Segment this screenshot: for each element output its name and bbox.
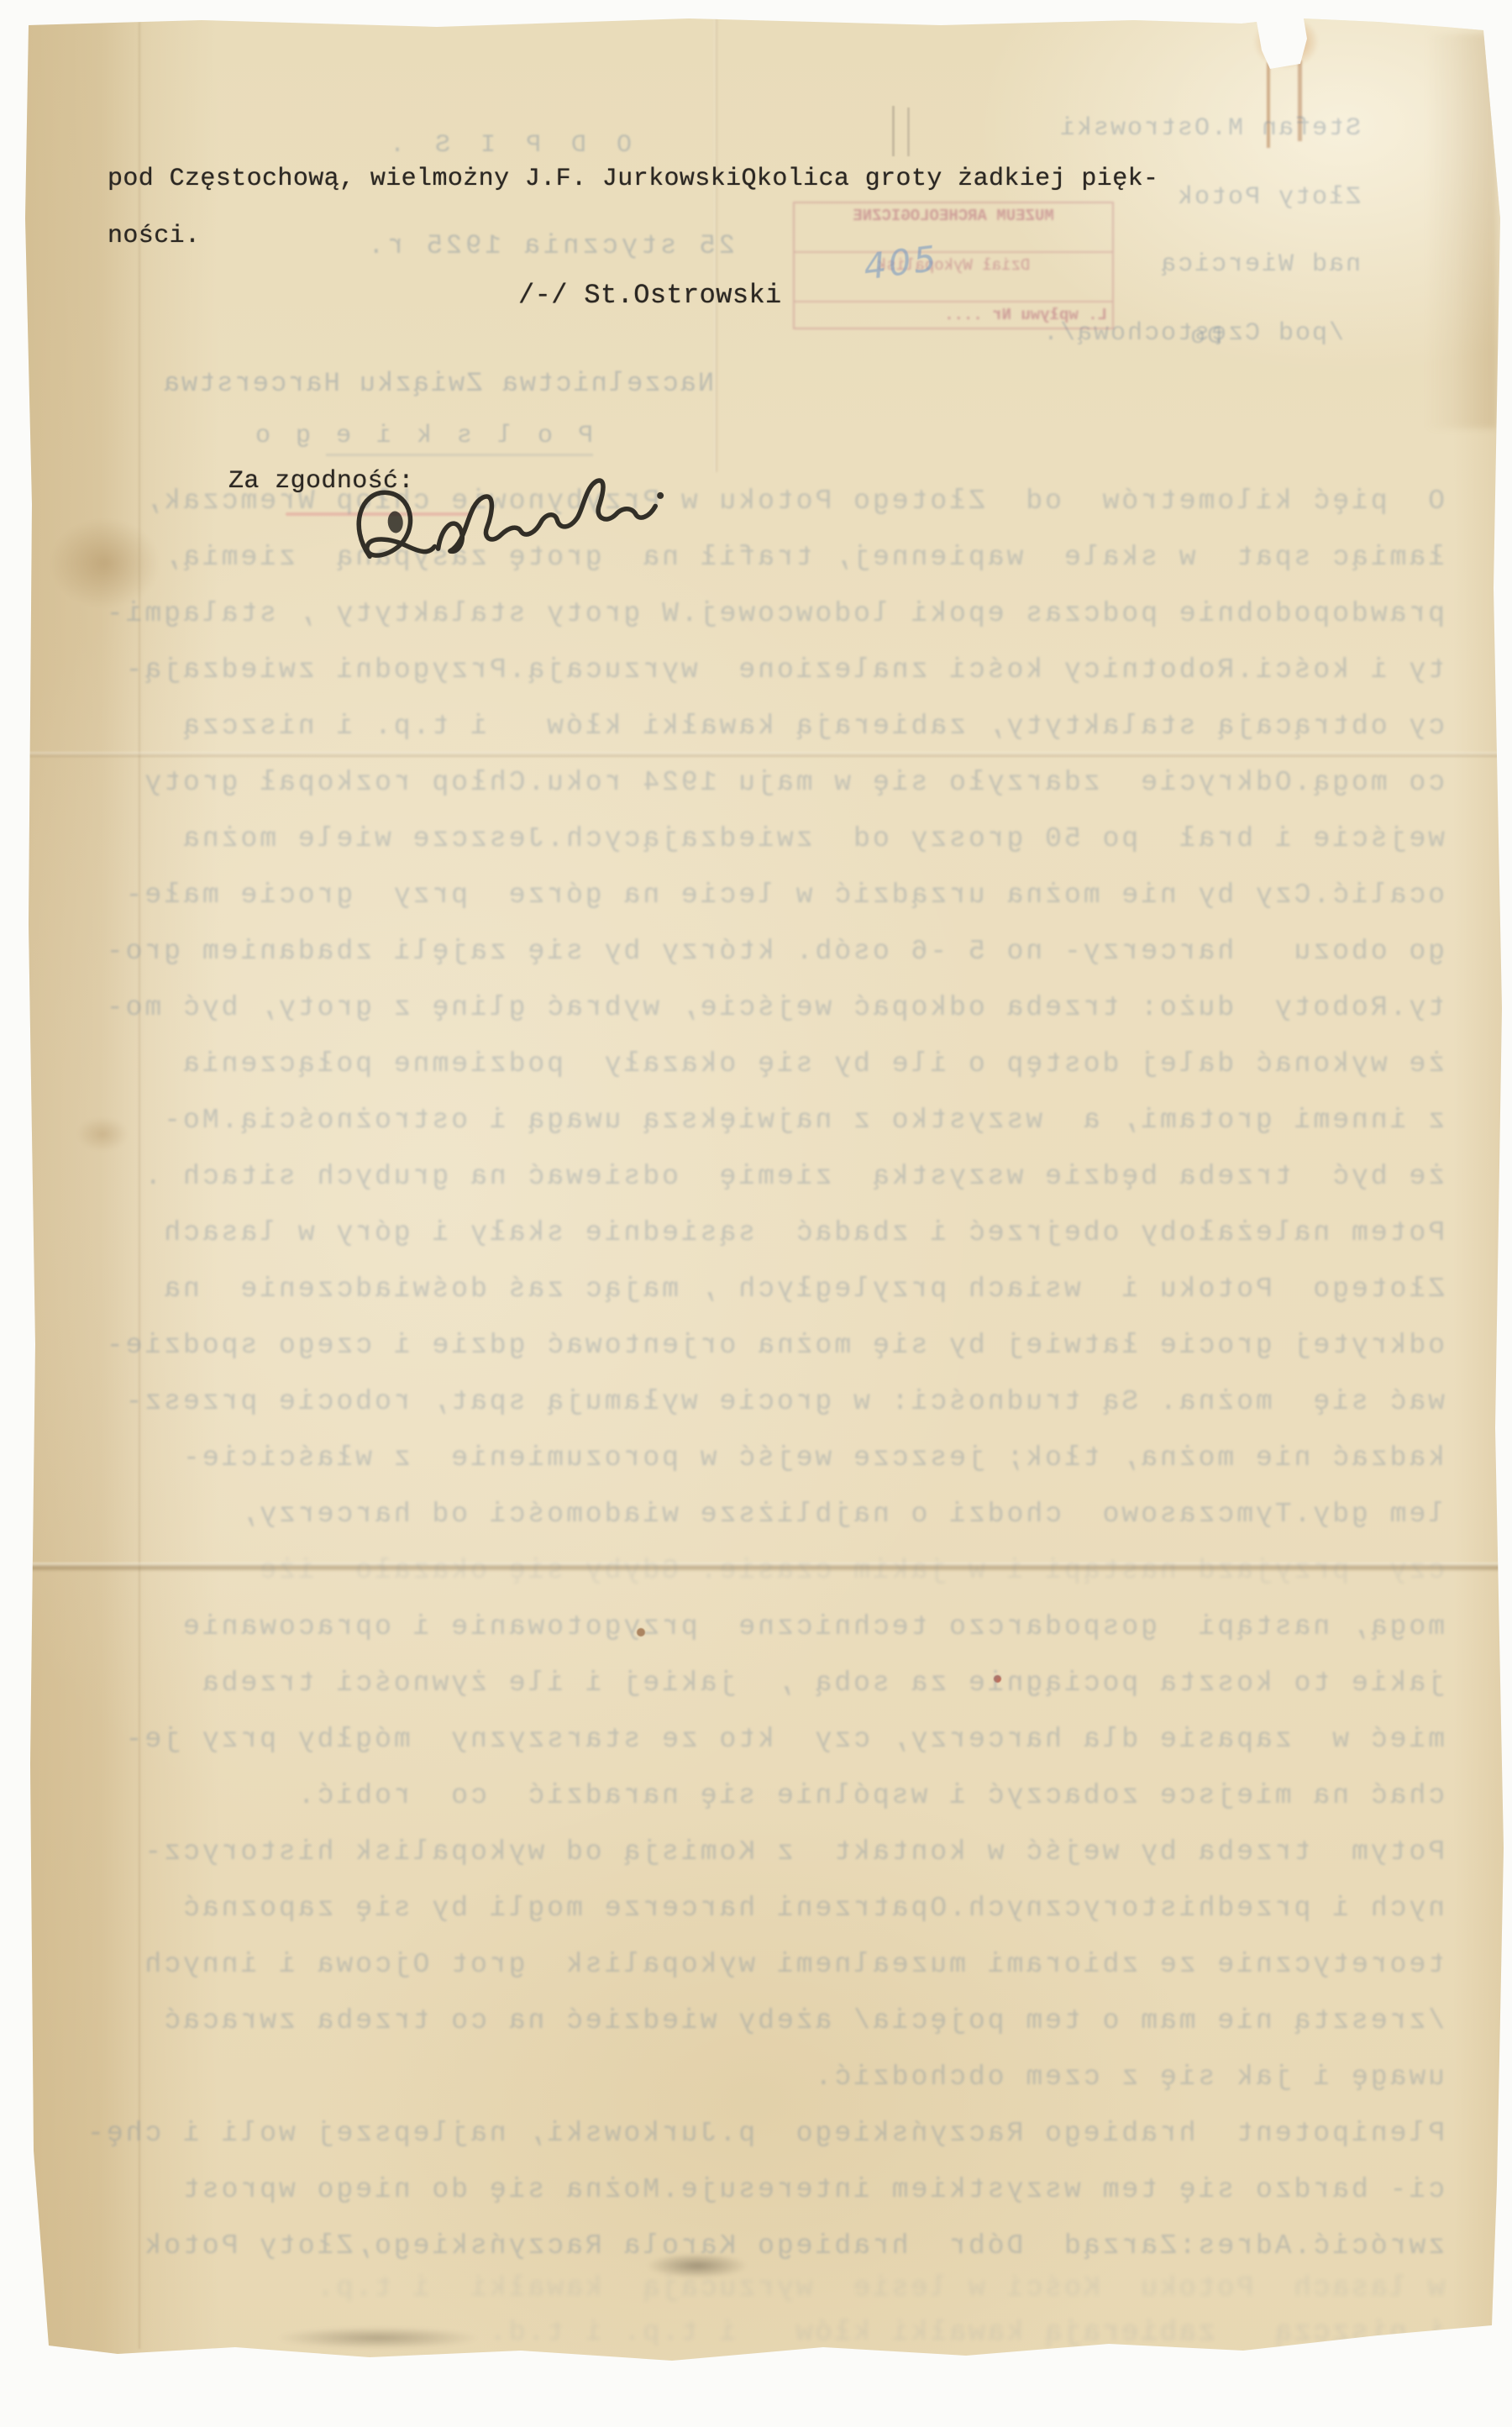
bleed-body-line: ty.Roboty dużo: trzeba odkopać wejście, … (101, 992, 1445, 1023)
bleed-body-line: chać na miejsce zobaczyć i wspólnie się … (101, 1780, 1445, 1811)
bleed-date: 25 stycznia 1925 r. (336, 230, 735, 261)
scanned-document-canvas: O D P I S . 25 stycznia 1925 r. Stefan M… (0, 0, 1512, 2427)
typed-line-2: ności. (108, 222, 200, 250)
typed-line-1: pod Częstochową, wielmożny J.F. Jurkowsk… (108, 165, 1158, 193)
bleed-addressee-do: Do (1172, 323, 1222, 351)
bleed-body-line: go obozu harcerzy- no 5 -6 osób. którzy … (101, 936, 1445, 967)
bleed-body-line: ty i kości.Robotnicy kości znalezione wy… (101, 654, 1445, 686)
bleed-body-line: Potym trzeba by wejść w kontakt z Komisj… (101, 1836, 1445, 1868)
handwritten-signature: R. Jakimowicz. (338, 446, 676, 612)
bleed-body-line: teoretycznie ze zbiorami muzealnemi wyko… (101, 1949, 1445, 1980)
bleed-sender-line: Stefan M.Ostrowski (1054, 114, 1361, 143)
bleed-body-line: ocalić.Czy by nie można urządzić w lecie… (101, 880, 1445, 911)
bleed-ghost-line: i niszczą zabierają kawałki kłów i t.p. … (101, 2317, 1445, 2348)
horizontal-crease-upper (25, 752, 1504, 757)
pencil-mark-small-1 (892, 106, 895, 156)
bleed-addressee-line2: P o l s k i e g o (326, 422, 593, 456)
right-edge-fold-shadow (1426, 34, 1497, 428)
bleed-body-line: że wykonać dalej dostęp o ile by się oka… (101, 1048, 1445, 1080)
bleed-sender-line: nad Wiercicą (1144, 250, 1361, 279)
bleed-body-line: Złotego Potoku i wsiach przyległych , ma… (101, 1274, 1445, 1305)
bleed-body-line: uwagę i jak się z czem obchodzić. (101, 2062, 1445, 2093)
bleed-body-line: lem gdy.Tymczasowo chodzi o najbliższe w… (101, 1499, 1445, 1530)
signature-ink-strokes (338, 446, 675, 608)
bleed-body-line: co mogą.Odkrycie zdarzyło się w maju 192… (101, 767, 1445, 798)
bleed-body-line: nych i przedhistorycznych.Opatrzeni harc… (101, 1893, 1445, 1924)
bleed-body-line: odkrytej grocie łatwiej by się można orj… (101, 1330, 1445, 1361)
bleed-ghost-line: w lasach Potoku Kości w lesie wyrzucają … (101, 2272, 1445, 2304)
bleed-body-line: czy przyjazd nastąpi i w jakim czasie. G… (101, 1555, 1445, 1586)
bleed-body-line: wać się można. Są trudności: w grocie wy… (101, 1386, 1445, 1417)
bleed-body-line: Potem należałoby obejrzeć i zbadać sąsie… (101, 1217, 1445, 1248)
bleed-body-line: ci- bardzo się tem wszystkiem interesuje… (101, 2174, 1445, 2205)
stamp-line-1: MUZEUM ARCHEOLOGICZNE (795, 203, 1112, 229)
bleed-body-line: /zresztą nie mam o tem pojęcia/ ażeby wi… (101, 2005, 1445, 2036)
bleed-copy-header: O D P I S . (464, 131, 632, 160)
bleed-body-line: wejście i brał po 50 groszy od zwiedzają… (101, 823, 1445, 854)
bleed-addressee-line1: Naczelnictwa Związku Harcerstwa (126, 368, 714, 399)
bleed-sender-line: Złoty Potok (1168, 183, 1361, 212)
museum-registration-stamp: MUZEUM ARCHEOLOGICZNE Dział Wykopalisk L… (793, 202, 1114, 329)
rust-stain-hole (1253, 15, 1319, 69)
bleed-body-line: jakie to koszta pociągnie za sobą , jaki… (101, 1668, 1445, 1699)
bleed-body-line: Plenipotent hrabiego Raczyńskiego p.Jurk… (101, 2118, 1445, 2149)
stamp-line-3: L. wpływu Nr .... (795, 301, 1112, 328)
bleed-body-line: mieć w zapasie dla harcerzy, czy kto ze … (101, 1724, 1445, 1755)
bleed-body-line: że być trzeba będzie wszystką ziemię ods… (101, 1161, 1445, 1192)
bleed-body-line: cy obtrącają stalaktyty, zabierają kawał… (101, 711, 1445, 742)
bleed-body-line: mogą, nastąpi gospodarczo techniczne prz… (101, 1611, 1445, 1642)
bleed-body-line: kadzać nie można, tłok; jeszcze wejść w … (101, 1442, 1445, 1474)
bleed-body-line: łamiąc spat w skale wapiennej, trafił na… (101, 542, 1445, 573)
bleed-body-line: zwrócić.Adres:Zarząd Dóbr hrabiego Karol… (101, 2230, 1445, 2262)
paper-sheet: O D P I S . 25 stycznia 1925 r. Stefan M… (0, 0, 1512, 2427)
typed-attribution: /-/ St.Ostrowski (518, 280, 782, 311)
bleed-body-line: prawdopodobnie podczas epoki lodowcowej.… (101, 598, 1445, 629)
stamp-line-2: Dział Wykopalisk (795, 251, 1112, 278)
pencil-mark-small-2 (907, 108, 910, 156)
bleed-body-line: z innemi grotami, a wszystko z największ… (101, 1105, 1445, 1136)
